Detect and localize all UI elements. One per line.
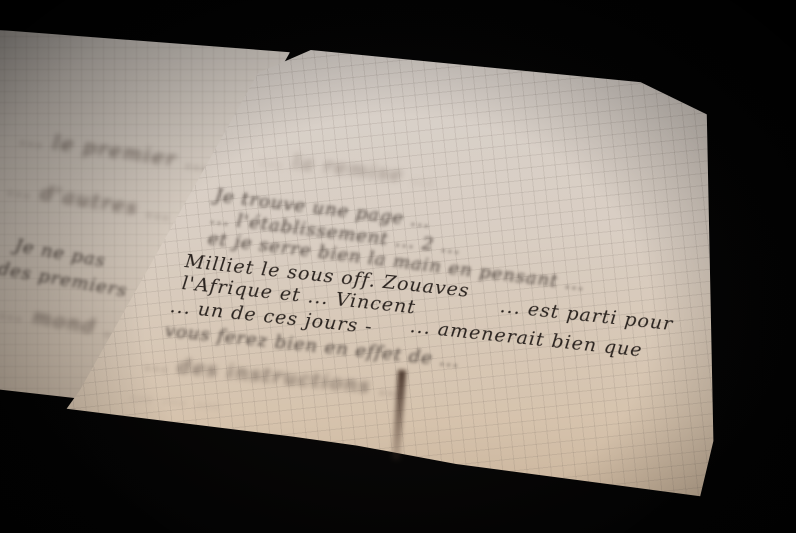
handwriting-line: ... le premier ... (18, 125, 212, 176)
handwriting-line: ... la remise ... (259, 145, 439, 191)
handwriting-line: ... d'autres ... (6, 175, 173, 225)
handwriting-line: ... ... ... (129, 380, 223, 413)
